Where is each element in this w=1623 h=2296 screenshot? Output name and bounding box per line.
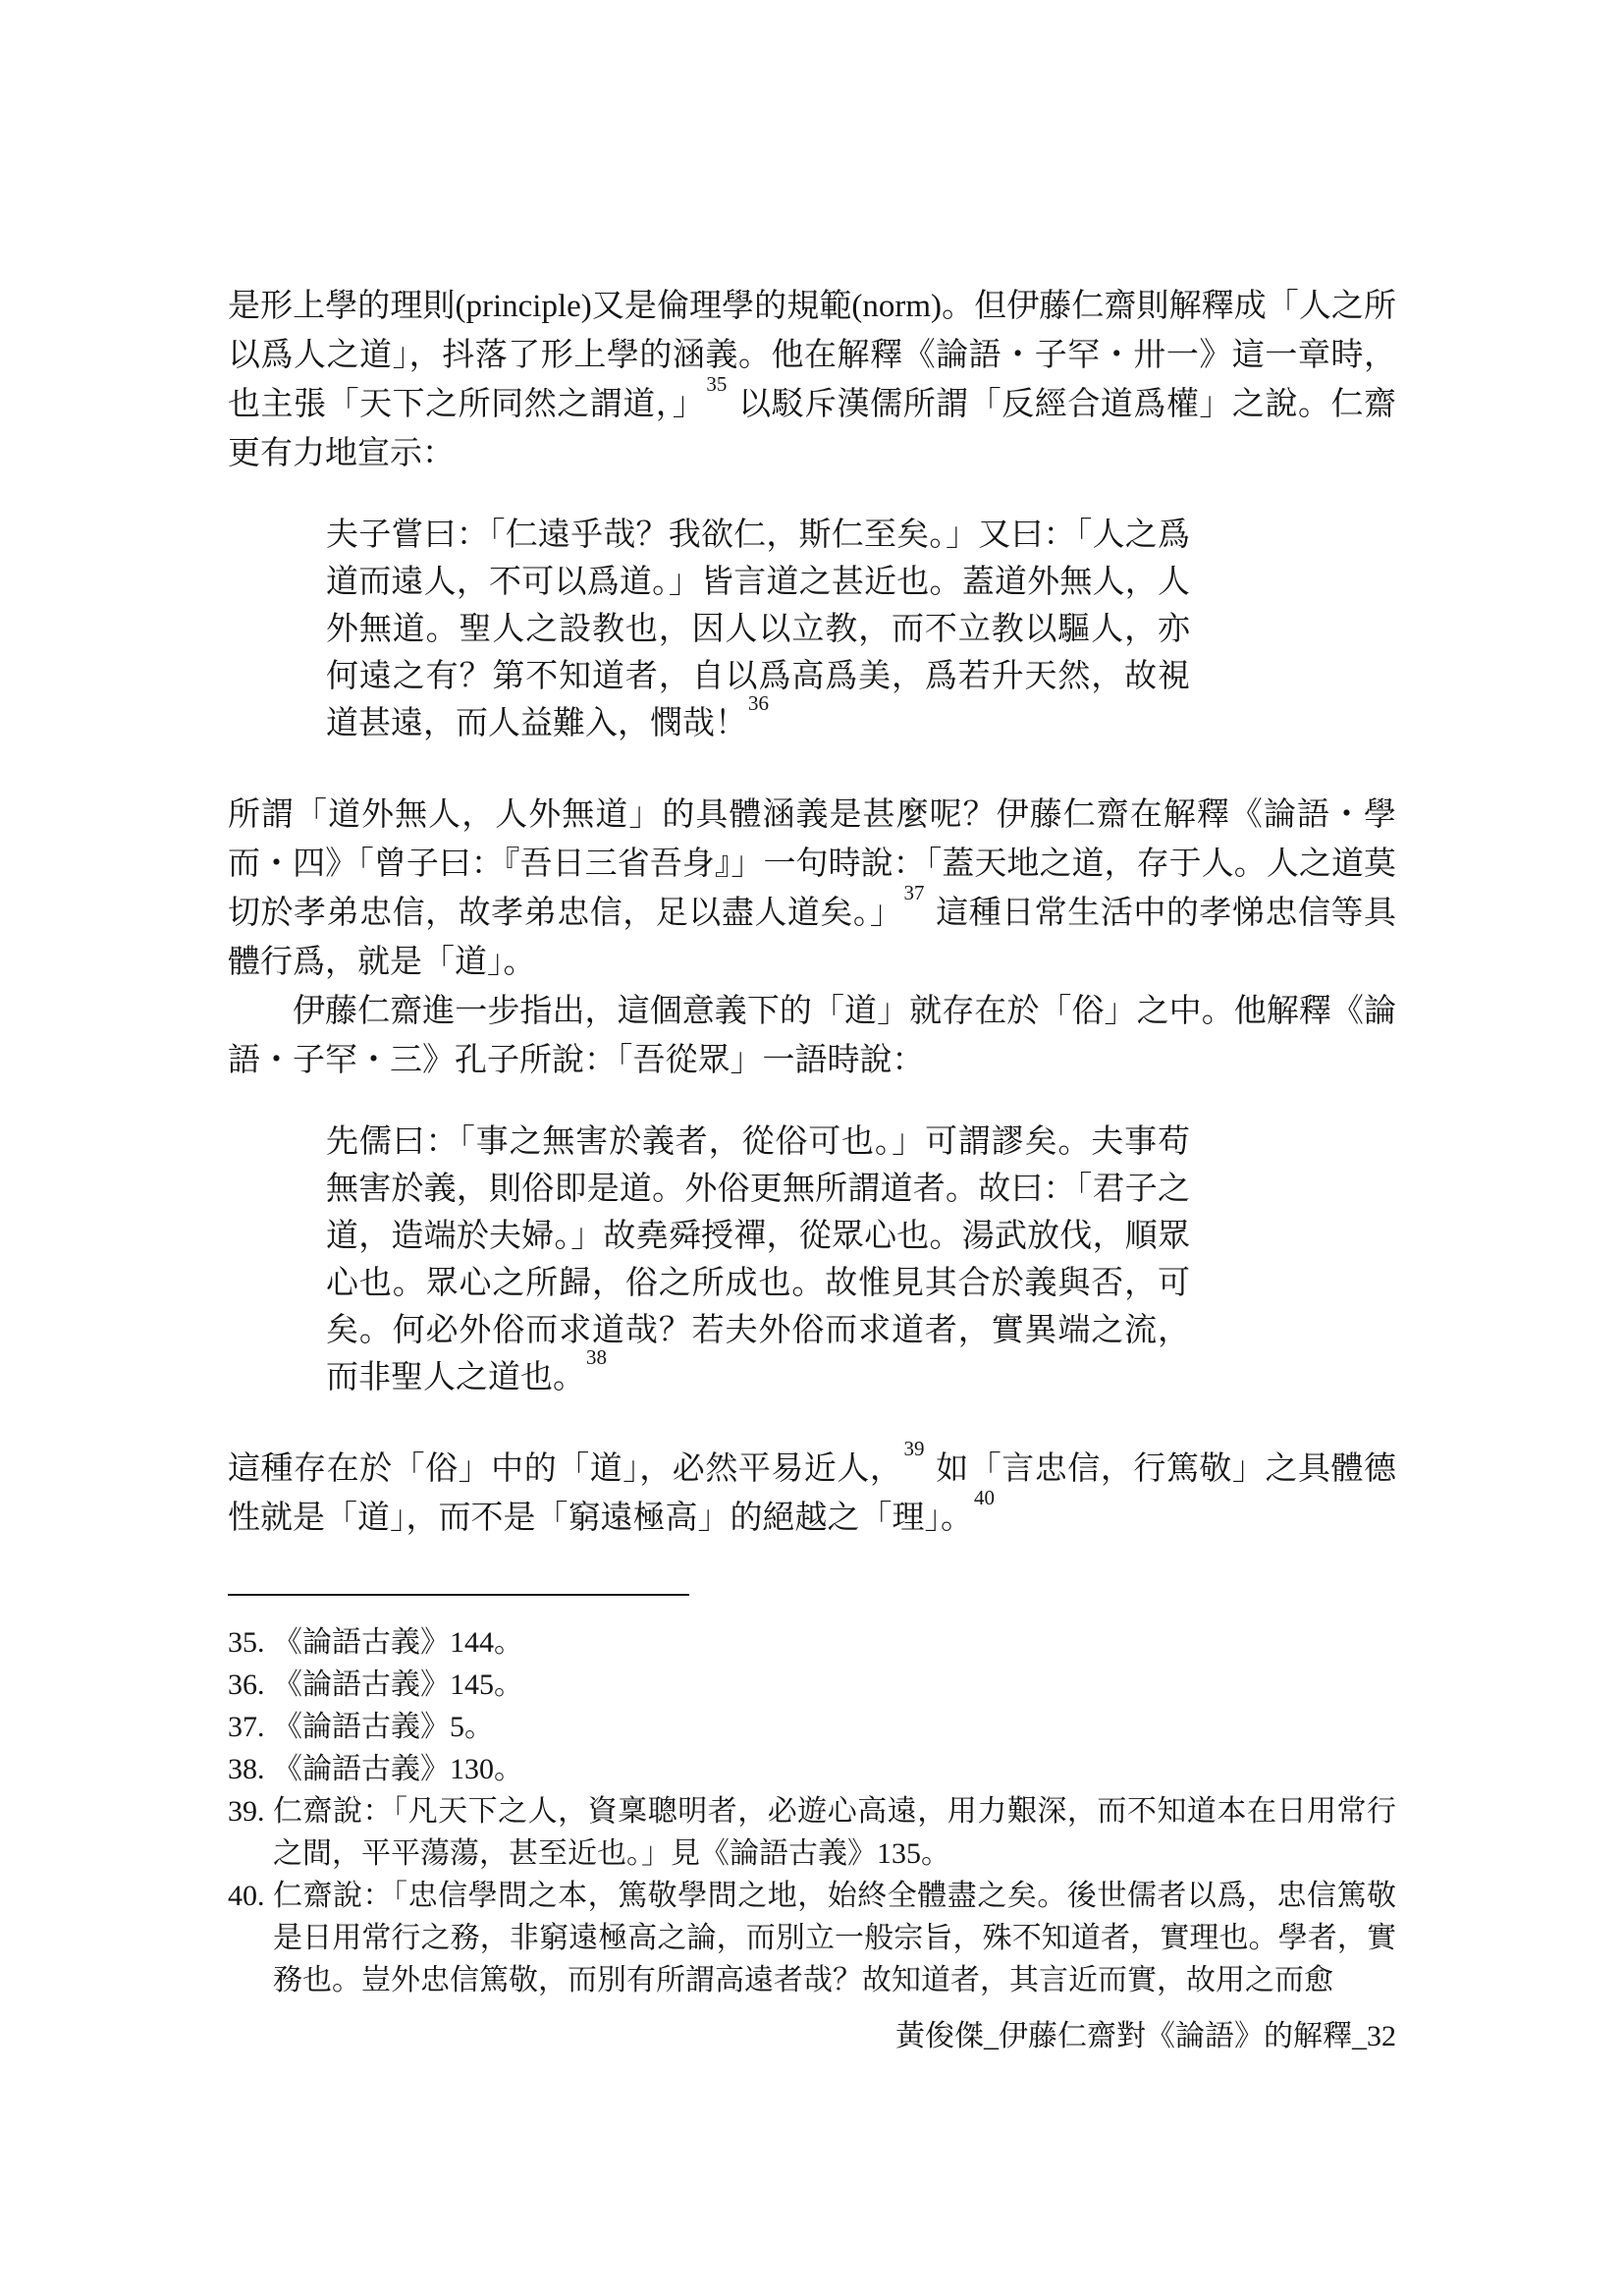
- document-page: 是形上學的理則(principle)又是倫理學的規範(norm)。但伊藤仁齋則解…: [0, 0, 1623, 2296]
- footnote-ref-37: 37: [902, 881, 927, 904]
- running-footer-text: 黃俊傑_伊藤仁齋對《論語》的解釋_32: [895, 2020, 1396, 2052]
- footnote-ref-35: 35: [705, 372, 730, 396]
- footnote-text: 仁齋說：「忠信學問之本，篤敬學問之地，始終全體盡之矣。後世儒者以爲，忠信篤敬是日…: [273, 1875, 1396, 2001]
- footnote-ref-36: 36: [747, 691, 772, 715]
- blockquote-2: 先儒曰：「事之無害於義者，從俗可也。」可謂謬矣。夫事苟無害於義，則俗即是道。外俗…: [326, 1119, 1190, 1401]
- footnote-number: 39.: [228, 1790, 273, 1875]
- footnote-number: 38.: [228, 1748, 273, 1790]
- footnote-item-36: 36. 《論語古義》145。: [228, 1664, 1396, 1706]
- footnote-item-39: 39. 仁齋說：「凡天下之人，資稟聰明者，必遊心高遠，用力艱深，而不知道本在日用…: [228, 1790, 1396, 1875]
- paragraph-3-text: 伊藤仁齋進一步指出，這個意義下的「道」就存在於「俗」之中。他解釋《論語・子罕・三…: [228, 994, 1396, 1078]
- paragraph-4-text: 這種存在於「俗」中的「道」，必然平易近人，: [228, 1451, 902, 1487]
- page-footer: 黃俊傑_伊藤仁齋對《論語》的解釋_32: [228, 2015, 1396, 2057]
- footnote-ref-40: 40: [973, 1486, 998, 1509]
- footnote-text: 《論語古義》144。: [273, 1621, 1396, 1664]
- footnote-number: 36.: [228, 1664, 273, 1706]
- footnote-number: 40.: [228, 1875, 273, 2001]
- paragraph-2: 所謂「道外無人，人外無道」的具體涵義是甚麼呢？伊藤仁齋在解釋《論語・學而・四》「…: [228, 791, 1396, 987]
- paragraph-4: 這種存在於「俗」中的「道」，必然平易近人，39 如「言忠信，行篤敬」之具體德性就…: [228, 1445, 1396, 1543]
- footnote-item-40: 40. 仁齋說：「忠信學問之本，篤敬學問之地，始終全體盡之矣。後世儒者以爲，忠信…: [228, 1875, 1396, 2001]
- footnote-text: 《論語古義》130。: [273, 1748, 1396, 1790]
- footnote-number: 37.: [228, 1706, 273, 1748]
- blockquote-1: 夫子嘗曰：「仁遠乎哉？我欲仁，斯仁至矣。」又曰：「人之爲道而遠人，不可以爲道。」…: [326, 512, 1190, 747]
- footnote-ref-39: 39: [902, 1437, 927, 1460]
- footnote-text: 仁齋說：「凡天下之人，資稟聰明者，必遊心高遠，用力艱深，而不知道本在日用常行之間…: [273, 1790, 1396, 1875]
- page-body: 是形上學的理則(principle)又是倫理學的規範(norm)。但伊藤仁齋則解…: [228, 282, 1396, 2057]
- footnote-item-37: 37. 《論語古義》5。: [228, 1706, 1396, 1748]
- footnotes-section: 35. 《論語古義》144。 36. 《論語古義》145。 37. 《論語古義》…: [228, 1621, 1396, 2001]
- footnote-item-35: 35. 《論語古義》144。: [228, 1621, 1396, 1664]
- footnote-text: 《論語古義》145。: [273, 1664, 1396, 1706]
- footnote-ref-38: 38: [585, 1345, 610, 1369]
- footnote-number: 35.: [228, 1621, 273, 1664]
- paragraph-3: 伊藤仁齋進一步指出，這個意義下的「道」就存在於「俗」之中。他解釋《論語・子罕・三…: [228, 987, 1396, 1085]
- blockquote-2-text: 先儒曰：「事之無害於義者，從俗可也。」可謂謬矣。夫事苟無害於義，則俗即是道。外俗…: [326, 1124, 1190, 1395]
- footnote-item-38: 38. 《論語古義》130。: [228, 1748, 1396, 1790]
- footnote-text: 《論語古義》5。: [273, 1706, 1396, 1748]
- footnote-separator: [228, 1594, 689, 1596]
- paragraph-1: 是形上學的理則(principle)又是倫理學的規範(norm)。但伊藤仁齋則解…: [228, 282, 1396, 478]
